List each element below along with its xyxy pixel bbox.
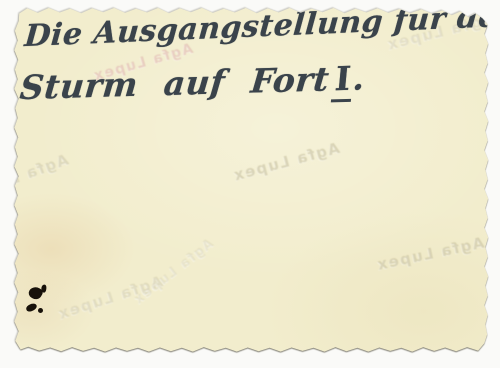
agfa-lupex-watermark: Agfa Lupex (13, 151, 71, 206)
ink-blot (25, 302, 38, 312)
ink-blot (27, 285, 44, 302)
photo-paper-shadow: Agfa Lupex Agfa Lupex Agfa Lupex Agfa Lu… (13, 7, 490, 353)
photo-paper: Agfa Lupex Agfa Lupex Agfa Lupex Agfa Lu… (13, 7, 490, 353)
ink-blot (38, 308, 43, 313)
inscription-punctuation: . (351, 58, 367, 97)
agfa-lupex-watermark: Agfa Lupex (131, 237, 217, 309)
agfa-lupex-watermark: Agfa Lupex (374, 234, 485, 274)
inscription-line-1: Die Ausgangstellung für den (23, 7, 490, 54)
agfa-lupex-watermark: Agfa Lupex (231, 139, 342, 185)
inscription-line-2-text: Sturm auf Fort (18, 59, 331, 107)
scanned-photo-back: Agfa Lupex Agfa Lupex Agfa Lupex Agfa Lu… (0, 0, 500, 368)
inscription-line-2: Sturm auf FortI. (18, 58, 367, 111)
